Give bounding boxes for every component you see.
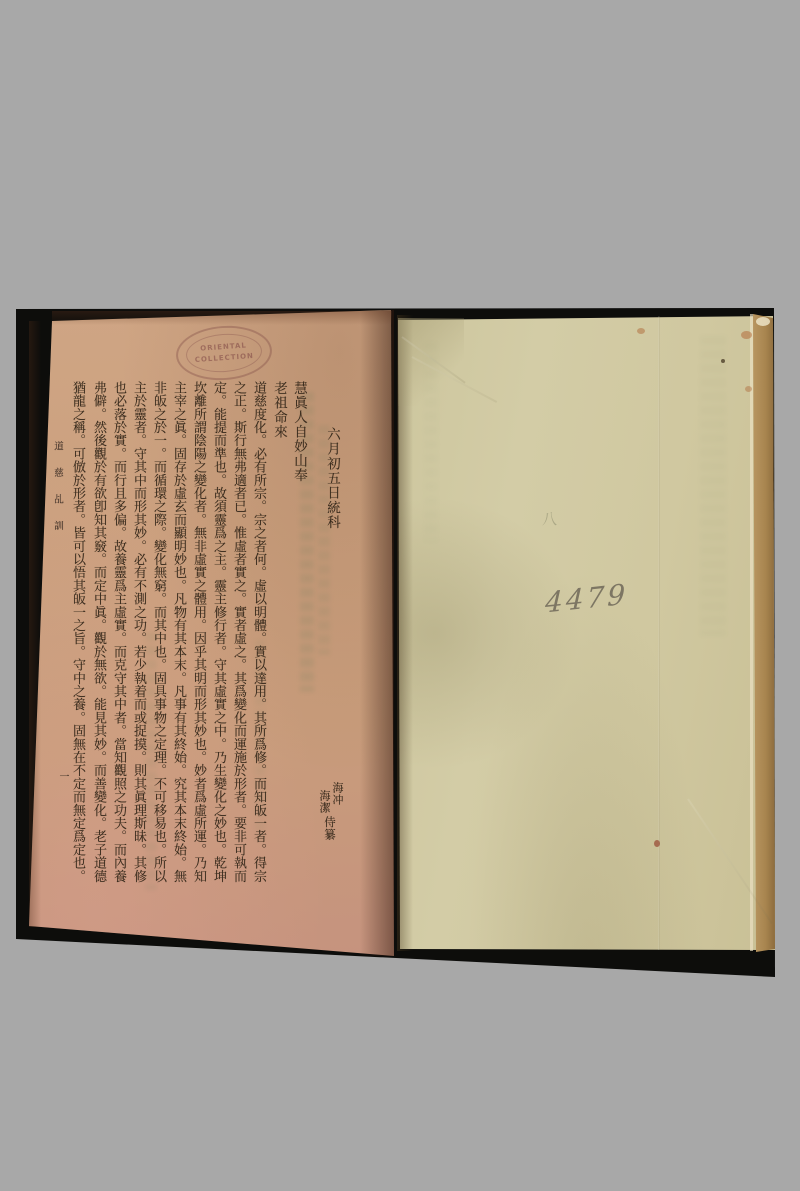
body-column: 主於靈者。守其中而形其妙。必有不測之功。若少執着而或捉摸。則其眞理斯昧。其修 (127, 381, 148, 883)
page-edge-highlight (750, 314, 753, 951)
body-column: 道慈度化。必有所宗。宗之者何。虛以明體。實以達用。其所爲修。而知皈一者。得宗 (247, 381, 268, 883)
rust-stain (637, 328, 645, 334)
spine-shadow (360, 310, 394, 956)
proclamation-column-2: 老祖命來 (267, 381, 289, 439)
page-left-shade (29, 321, 41, 927)
date-column: 六月初五日統科 (320, 427, 342, 530)
body-column: 坎離所謂陰陽之變化者。無非虛實之體用。因乎其明而形其妙也。妙者爲虛所運。乃知 (187, 381, 208, 883)
gutter-shade (397, 315, 413, 951)
body-column: 定。能提而準也。故須靈爲之主。靈主修行者。守其虛實之中。乃生變化之妙也。乾坤 (207, 381, 228, 883)
attribution-name-left: 海潔 (319, 790, 332, 814)
page-top-shade (52, 311, 392, 325)
ink-bleed-through (424, 342, 438, 542)
margin-book-title: 道慈乩訓 (50, 441, 64, 547)
body-column: 猶龍之稱。可倣於形者。皆可以悟其皈一之旨。守中之養。固無在不定而無定爲定也。 (66, 381, 87, 883)
proclamation-column-1: 慧眞人自妙山奉 (287, 381, 309, 483)
body-column: 弗僻。然後觀於有欲卽知其竅。而定中眞。觀於無欲。能見其妙。而善變化。老子道德 (87, 381, 108, 883)
body-column: 之正。斯行無弗適者已。惟虛者實之。實者虛之。其爲變化而運施於形者。要非可執而 (227, 381, 248, 883)
page-number: 一 (58, 771, 70, 781)
body-column: 非皈之於一。而循環之際。變化無窮。而其中也。固具事物之定理。不可移易也。所以 (147, 381, 168, 883)
paper-crease (658, 316, 660, 950)
library-stamp: ORIENTAL COLLECTION (174, 323, 274, 384)
red-spot (654, 840, 660, 847)
attribution-name-right: 海冲 (332, 782, 345, 806)
ink-bleed-through (700, 336, 726, 636)
rust-stain (745, 386, 752, 392)
body-column: 主宰之眞。固存於虛玄而顯明妙也。凡物有其本末。凡事有其終始。究其本末終始。無 (167, 381, 188, 883)
faint-character-mark: 八 (542, 508, 557, 529)
corner-highlight (756, 317, 770, 326)
attribution-suffix: 侍纂 (325, 816, 338, 841)
rust-stain (741, 331, 752, 339)
body-column: 也必落於實。而行且多偏。故養靈爲主虛實。而克守其中者。當知觀照之功夫。而內養 (107, 381, 128, 883)
